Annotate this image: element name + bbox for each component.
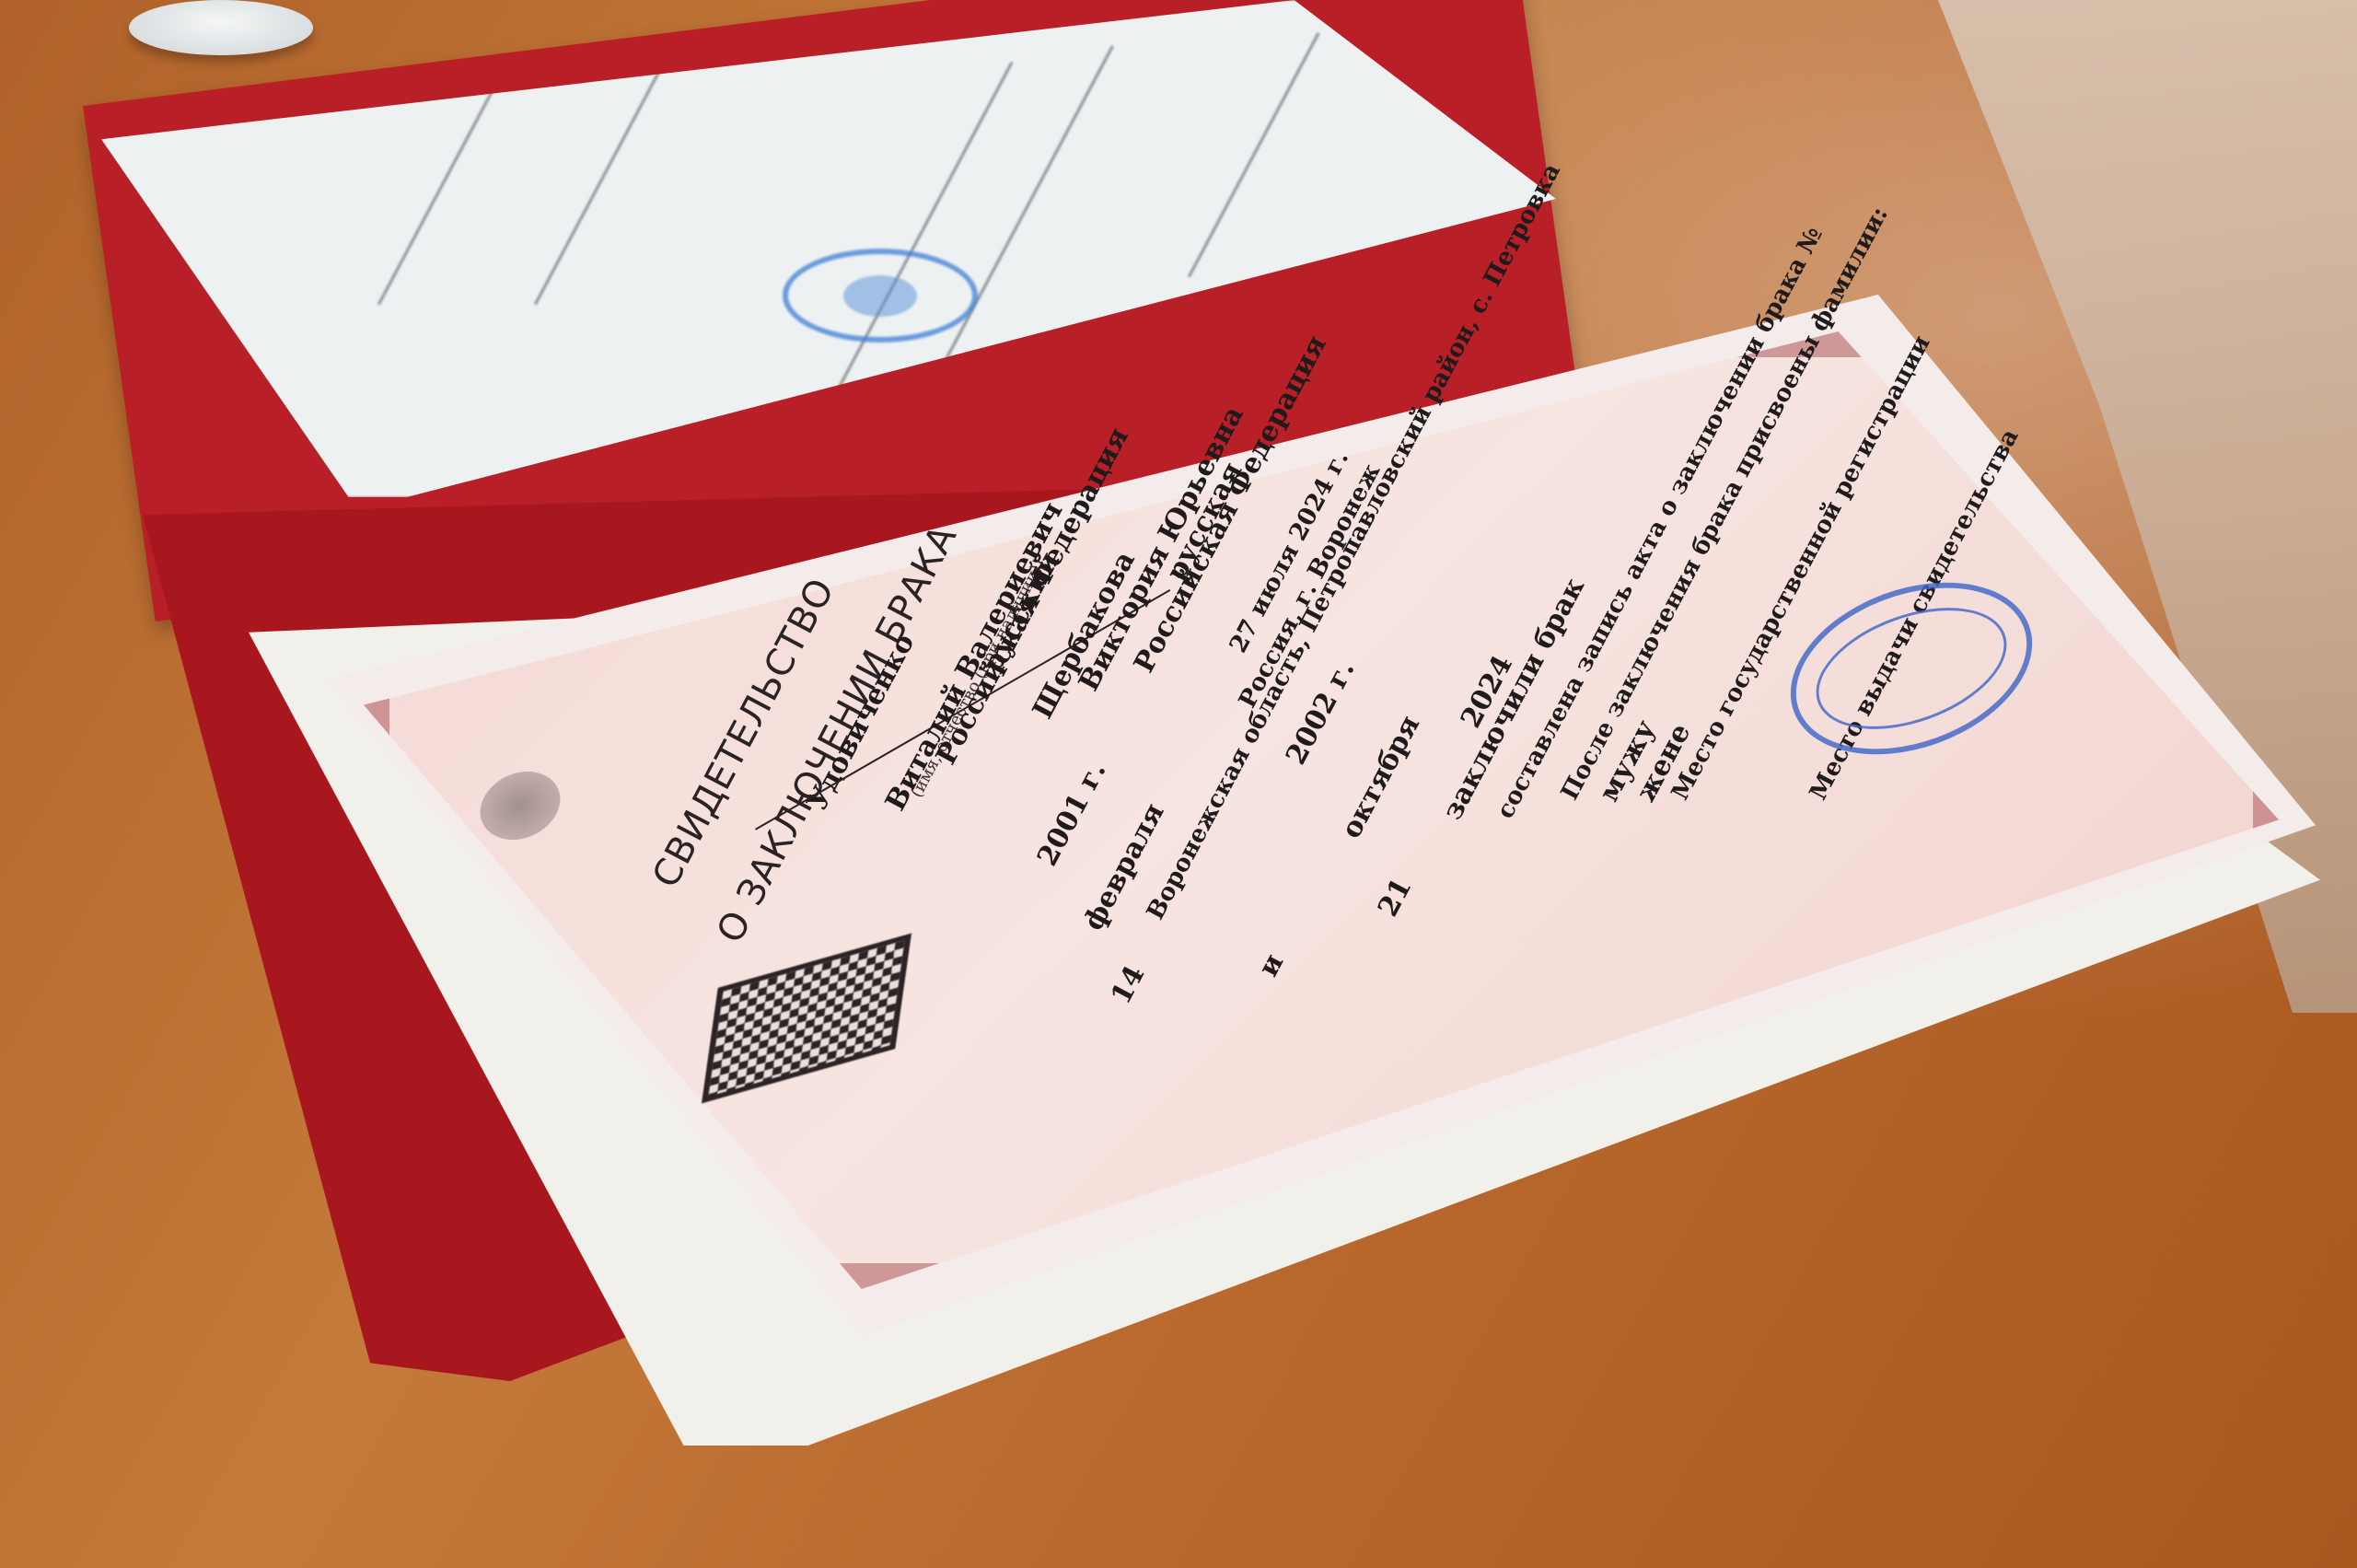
white-cup-base bbox=[129, 0, 313, 55]
blue-stamp-icon bbox=[783, 249, 978, 343]
